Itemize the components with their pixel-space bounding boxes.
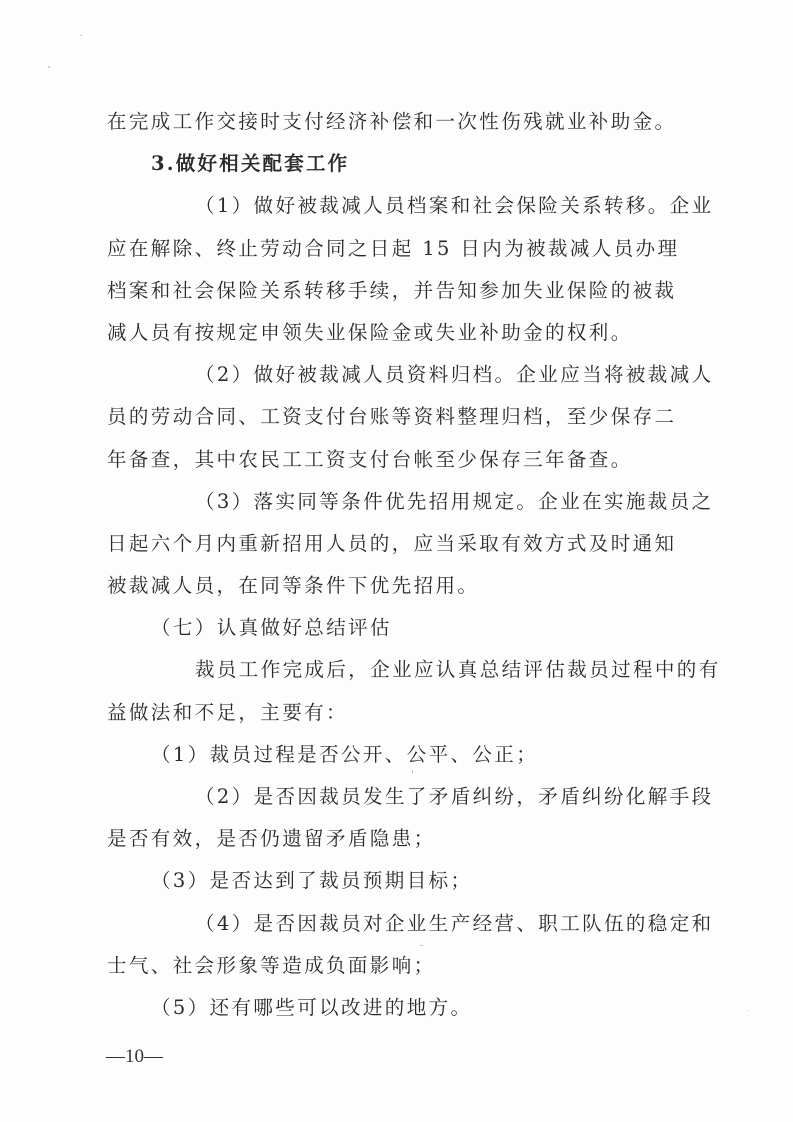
scan-speck	[48, 66, 50, 68]
evaluation-item-2-line-1: （2）是否因裁员发生了矛盾纠纷，矛盾纠纷化解手段	[107, 776, 663, 818]
section-heading-7: （七）认真做好总结评估	[107, 607, 663, 649]
evaluation-item-5: （5）还有哪些可以改进的地方。	[107, 987, 663, 1029]
scan-speck	[80, 35, 82, 36]
item-2-line-3: 年备查，其中农民工工资支付台帐至少保存三年备查。	[107, 439, 663, 481]
item-1-line-2: 应在解除、终止劳动合同之日起 15 日内为被裁减人员办理	[107, 228, 663, 270]
page-number: —10—	[106, 1046, 163, 1068]
document-page: 在完成工作交接时支付经济补偿和一次性伤残就业补助金。 3.做好相关配套工作 （1…	[0, 0, 793, 1122]
evaluation-item-4-line-2: 士气、社会形象等造成负面影响；	[107, 945, 663, 987]
evaluation-item-4-line-1: （4）是否因裁员对企业生产经营、职工队伍的稳定和	[107, 903, 663, 945]
scan-speck	[412, 770, 413, 773]
summary-intro-line-2: 益做法和不足，主要有：	[107, 692, 663, 734]
body-text: 在完成工作交接时支付经济补偿和一次性伤残就业补助金。 3.做好相关配套工作 （1…	[107, 101, 663, 1029]
item-1-line-4: 减人员有按规定申领失业保险金或失业补助金的权利。	[107, 312, 663, 354]
item-1-line-1: （1）做好被裁减人员档案和社会保险关系转移。企业	[107, 185, 663, 227]
item-3-line-3: 被裁减人员，在同等条件下优先招用。	[107, 565, 663, 607]
item-3-line-2: 日起六个月内重新招用人员的，应当采取有效方式及时通知	[107, 523, 663, 565]
paragraph-line-continuation: 在完成工作交接时支付经济补偿和一次性伤残就业补助金。	[107, 101, 663, 143]
evaluation-item-1: （1）裁员过程是否公开、公平、公正；	[107, 734, 663, 776]
section-heading-3: 3.做好相关配套工作	[107, 143, 663, 185]
evaluation-item-2-line-2: 是否有效，是否仍遗留矛盾隐患；	[107, 818, 663, 860]
evaluation-item-3: （3）是否达到了裁员预期目标；	[107, 860, 663, 902]
item-1-line-3: 档案和社会保险关系转移手续，并告知参加失业保险的被裁	[107, 270, 663, 312]
item-2-line-1: （2）做好被裁减人员资料归档。企业应当将被裁减人	[107, 354, 663, 396]
scan-speck	[420, 945, 423, 946]
item-2-line-2: 员的劳动合同、工资支付台账等资料整理归档，至少保存二	[107, 396, 663, 438]
item-3-line-1: （3）落实同等条件优先招用规定。企业在实施裁员之	[107, 481, 663, 523]
scan-speck	[748, 1010, 749, 1011]
summary-intro-line-1: 裁员工作完成后，企业应认真总结评估裁员过程中的有	[107, 649, 663, 691]
